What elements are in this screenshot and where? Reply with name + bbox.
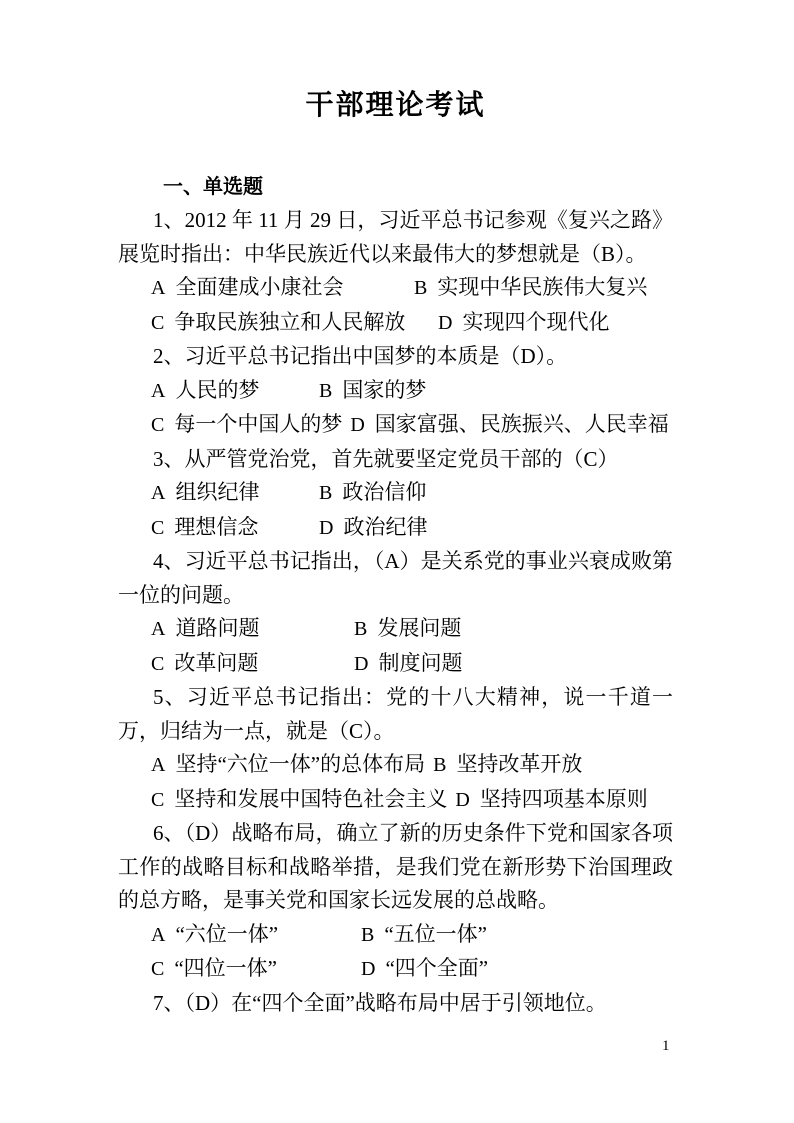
question-1-text: 1、2012 年 11 月 29 日，习近平总书记参观《复兴之路》展览时指出：中… xyxy=(118,204,673,271)
option-letter: D xyxy=(350,414,364,436)
question-1-options-row-2: C争取民族独立和人民解放D实现四个现代化 xyxy=(118,306,673,341)
option-letter: C xyxy=(151,414,164,436)
option-c: C“四位一体” xyxy=(151,952,361,987)
option-text: 坚持“六位一体”的总体布局 xyxy=(175,752,425,776)
option-c: C坚持和发展中国特色社会主义 xyxy=(151,783,455,818)
option-text: 全面建成小康社会 xyxy=(175,275,343,299)
option-letter: A xyxy=(151,618,165,640)
option-a: A坚持“六位一体”的总体布局 xyxy=(151,748,433,783)
option-c: C改革问题 xyxy=(151,647,354,682)
option-letter: B xyxy=(319,380,332,402)
question-6-options-row-1: A“六位一体”B“五位一体” xyxy=(118,918,673,953)
question-1-options-row-1: A全面建成小康社会B实现中华民族伟大复兴 xyxy=(118,271,673,306)
option-letter: A xyxy=(151,277,165,299)
option-text: 国家富强、民族振兴、人民幸福 xyxy=(375,412,669,436)
option-letter: B xyxy=(361,924,374,946)
option-d: D制度问题 xyxy=(354,647,470,682)
option-letter: B xyxy=(414,277,427,299)
option-letter: B xyxy=(354,618,367,640)
question-5-options-row-2: C坚持和发展中国特色社会主义D坚持四项基本原则 xyxy=(118,783,673,818)
option-b: B坚持改革开放 xyxy=(433,748,590,783)
option-text: 改革问题 xyxy=(174,651,258,675)
option-letter: D xyxy=(455,789,469,811)
page-number: 1 xyxy=(662,1036,670,1056)
option-text: “四个全面” xyxy=(385,956,488,980)
option-letter: A xyxy=(151,380,165,402)
question-2-text: 2、习近平总书记指出中国梦的本质是（D）。 xyxy=(118,340,673,374)
document-page: 干部理论考试 一、单选题 1、2012 年 11 月 29 日，习近平总书记参观… xyxy=(0,0,794,1123)
option-c: C每一个中国人的梦 xyxy=(151,408,350,443)
question-2-options-row-1: A人民的梦B国家的梦 xyxy=(118,374,673,409)
question-5-options-row-1: A坚持“六位一体”的总体布局B坚持改革开放 xyxy=(118,748,673,783)
section-heading: 一、单选题 xyxy=(118,170,673,204)
option-text: 人民的梦 xyxy=(175,378,259,402)
option-letter: D xyxy=(438,312,452,334)
question-list: 1、2012 年 11 月 29 日，习近平总书记参观《复兴之路》展览时指出：中… xyxy=(118,204,673,1020)
option-letter: C xyxy=(151,789,164,811)
option-text: 国家的梦 xyxy=(342,378,426,402)
option-d: D国家富强、民族振兴、人民幸福 xyxy=(350,408,676,443)
option-letter: D xyxy=(319,517,333,539)
question-3-options-row-2: C理想信念D政治纪律 xyxy=(118,511,673,546)
question-3-options-row-1: A组织纪律B政治信仰 xyxy=(118,476,673,511)
option-text: 实现中华民族伟大复兴 xyxy=(437,275,647,299)
option-b: B政治信仰 xyxy=(319,476,434,511)
option-a: A人民的梦 xyxy=(151,374,319,409)
option-d: D政治纪律 xyxy=(319,511,435,546)
option-letter: A xyxy=(151,924,165,946)
option-letter: A xyxy=(151,754,165,776)
option-text: 道路问题 xyxy=(175,616,259,640)
option-letter: C xyxy=(151,653,164,675)
option-text: “四位一体” xyxy=(174,956,277,980)
option-letter: B xyxy=(319,482,332,504)
option-text: 发展问题 xyxy=(377,616,461,640)
question-4-text: 4、习近平总书记指出，（A）是关系党的事业兴衰成败第一位的问题。 xyxy=(118,545,673,612)
option-letter: C xyxy=(151,958,164,980)
option-text: 政治纪律 xyxy=(343,515,427,539)
option-text: 实现四个现代化 xyxy=(462,310,609,334)
option-b: B国家的梦 xyxy=(319,374,434,409)
option-a: A全面建成小康社会 xyxy=(151,271,414,306)
question-5-text: 5、习近平总书记指出：党的十八大精神，说一千道一万，归结为一点，就是（C）。 xyxy=(118,681,673,748)
option-b: B实现中华民族伟大复兴 xyxy=(414,271,655,306)
option-d: D实现四个现代化 xyxy=(438,306,617,341)
option-text: 坚持四项基本原则 xyxy=(480,787,648,811)
option-text: 制度问题 xyxy=(378,651,462,675)
option-b: B发展问题 xyxy=(354,612,469,647)
question-2-options-row-2: C每一个中国人的梦D国家富强、民族振兴、人民幸福 xyxy=(118,408,673,443)
page-title: 干部理论考试 xyxy=(118,84,673,128)
option-text: “五位一体” xyxy=(384,922,487,946)
question-4-options-row-2: C改革问题D制度问题 xyxy=(118,647,673,682)
option-text: 坚持和发展中国特色社会主义 xyxy=(174,787,447,811)
option-text: 政治信仰 xyxy=(342,480,426,504)
option-d: D“四个全面” xyxy=(361,952,496,987)
option-text: 组织纪律 xyxy=(175,480,259,504)
option-letter: C xyxy=(151,517,164,539)
question-7-text: 7、（D）在“四个全面”战略布局中居于引领地位。 xyxy=(118,987,673,1021)
option-a: A组织纪律 xyxy=(151,476,319,511)
option-text: 争取民族独立和人民解放 xyxy=(174,310,405,334)
option-text: 每一个中国人的梦 xyxy=(174,412,342,436)
question-3-text: 3、从严管党治党，首先就要坚定党员干部的（C） xyxy=(118,443,673,477)
question-6-options-row-2: C“四位一体”D“四个全面” xyxy=(118,952,673,987)
question-6-text: 6、（D）战略布局，确立了新的历史条件下党和国家各项工作的战略目标和战略举措，是… xyxy=(118,817,673,918)
question-4-options-row-1: A道路问题B发展问题 xyxy=(118,612,673,647)
option-c: C争取民族独立和人民解放 xyxy=(151,306,438,341)
option-letter: A xyxy=(151,482,165,504)
option-text: 坚持改革开放 xyxy=(456,752,582,776)
option-letter: B xyxy=(433,754,446,776)
option-text: 理想信念 xyxy=(174,515,258,539)
option-text: “六位一体” xyxy=(175,922,278,946)
option-b: B“五位一体” xyxy=(361,918,495,953)
option-c: C理想信念 xyxy=(151,511,319,546)
option-d: D坚持四项基本原则 xyxy=(455,783,655,818)
option-a: A“六位一体” xyxy=(151,918,361,953)
option-letter: D xyxy=(361,958,375,980)
option-a: A道路问题 xyxy=(151,612,354,647)
option-letter: D xyxy=(354,653,368,675)
option-letter: C xyxy=(151,312,164,334)
